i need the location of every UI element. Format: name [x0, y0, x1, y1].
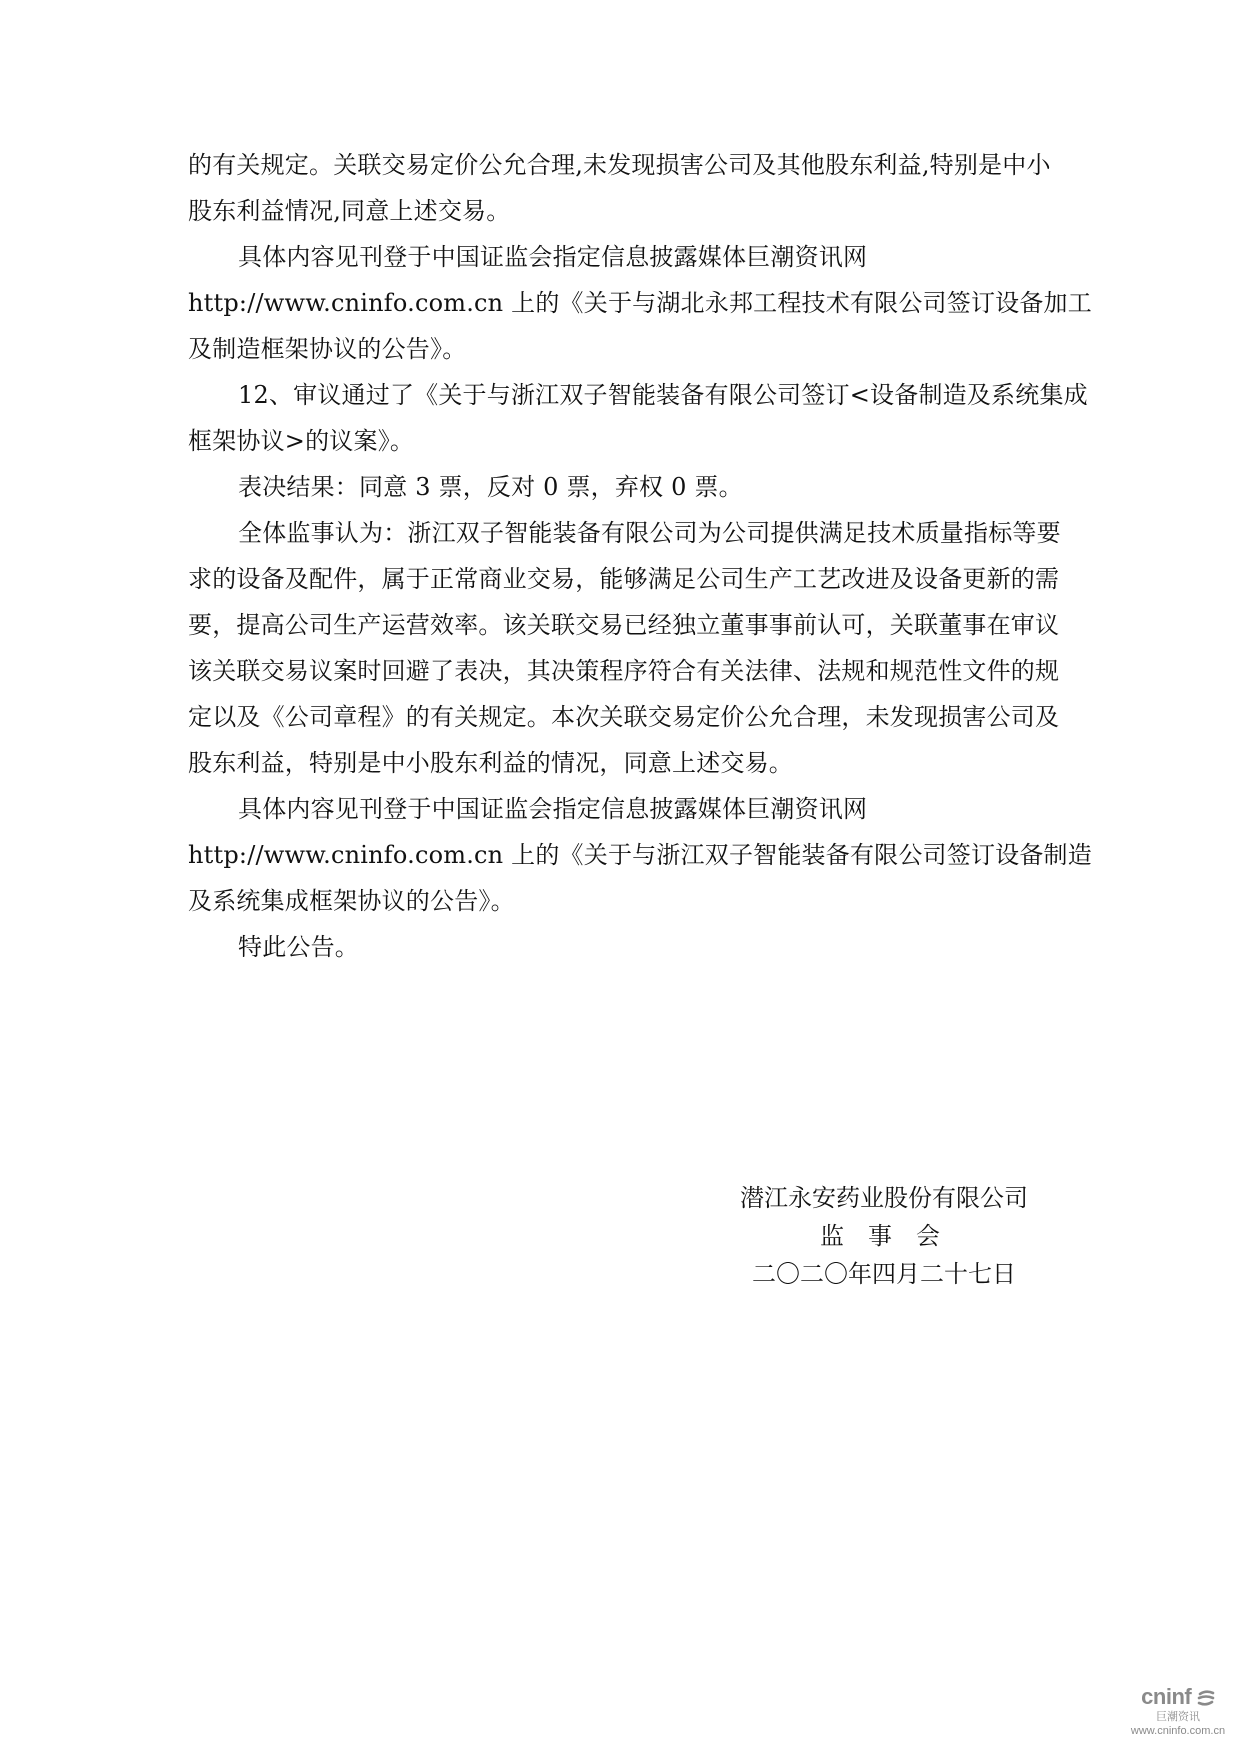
- text-line: 具体内容见刊登于中国证监会指定信息披露媒体巨潮资讯网: [238, 794, 867, 824]
- text-line: 该关联交易议案时回避了表决，其决策程序符合有关法律、法规和规范性文件的规: [188, 656, 1059, 686]
- text-line: 定以及《公司章程》的有关规定。本次关联交易定价公允合理，未发现损害公司及: [188, 702, 1059, 732]
- text-line: 框架协议>的议案》。: [188, 426, 414, 456]
- signature-date: 二〇二〇年四月二十七日: [752, 1258, 1016, 1290]
- vote-result: 表决结果：同意 3 票，反对 0 票，弃权 0 票。: [238, 472, 743, 502]
- watermark-brand-cn: 巨潮资讯: [1118, 1708, 1238, 1724]
- text-line: 股东利益情况,同意上述交易。: [188, 196, 510, 226]
- closing-text: 特此公告。: [238, 932, 359, 962]
- cninfo-watermark: cninf 巨潮资讯 www.cninfo.com.cn: [1118, 1684, 1238, 1737]
- link-text-line: http://www.cninfo.com.cn 上的《关于与浙江双子智能装备有…: [188, 840, 1092, 870]
- cninfo-logo-icon: [1197, 1690, 1215, 1706]
- watermark-url: www.cninfo.com.cn: [1118, 1725, 1238, 1737]
- text-line: 及制造框架协议的公告》。: [188, 334, 466, 364]
- text-line: 股东利益，特别是中小股东利益的情况，同意上述交易。: [188, 748, 793, 778]
- signature-board: 监 事 会: [820, 1220, 940, 1252]
- text-line: 具体内容见刊登于中国证监会指定信息披露媒体巨潮资讯网: [238, 242, 867, 272]
- link-text-line: http://www.cninfo.com.cn 上的《关于与湖北永邦工程技术有…: [188, 288, 1092, 318]
- text-line: 求的设备及配件，属于正常商业交易，能够满足公司生产工艺改进及设备更新的需: [188, 564, 1059, 594]
- text-line: 及系统集成框架协议的公告》。: [188, 886, 515, 916]
- text-line: 要，提高公司生产运营效率。该关联交易已经独立董事事前认可，关联董事在审议: [188, 610, 1059, 640]
- item-heading: 12、审议通过了《关于与浙江双子智能装备有限公司签订<设备制造及系统集成: [238, 380, 1088, 410]
- text-line: 的有关规定。关联交易定价公允合理,未发现损害公司及其他股东利益,特别是中小: [188, 150, 1051, 180]
- watermark-brand: cninf: [1118, 1684, 1238, 1710]
- signature-company: 潜江永安药业股份有限公司: [740, 1182, 1028, 1214]
- watermark-brand-text: cninf: [1141, 1684, 1191, 1709]
- text-line: 全体监事认为：浙江双子智能装备有限公司为公司提供满足技术质量指标等要: [238, 518, 1061, 548]
